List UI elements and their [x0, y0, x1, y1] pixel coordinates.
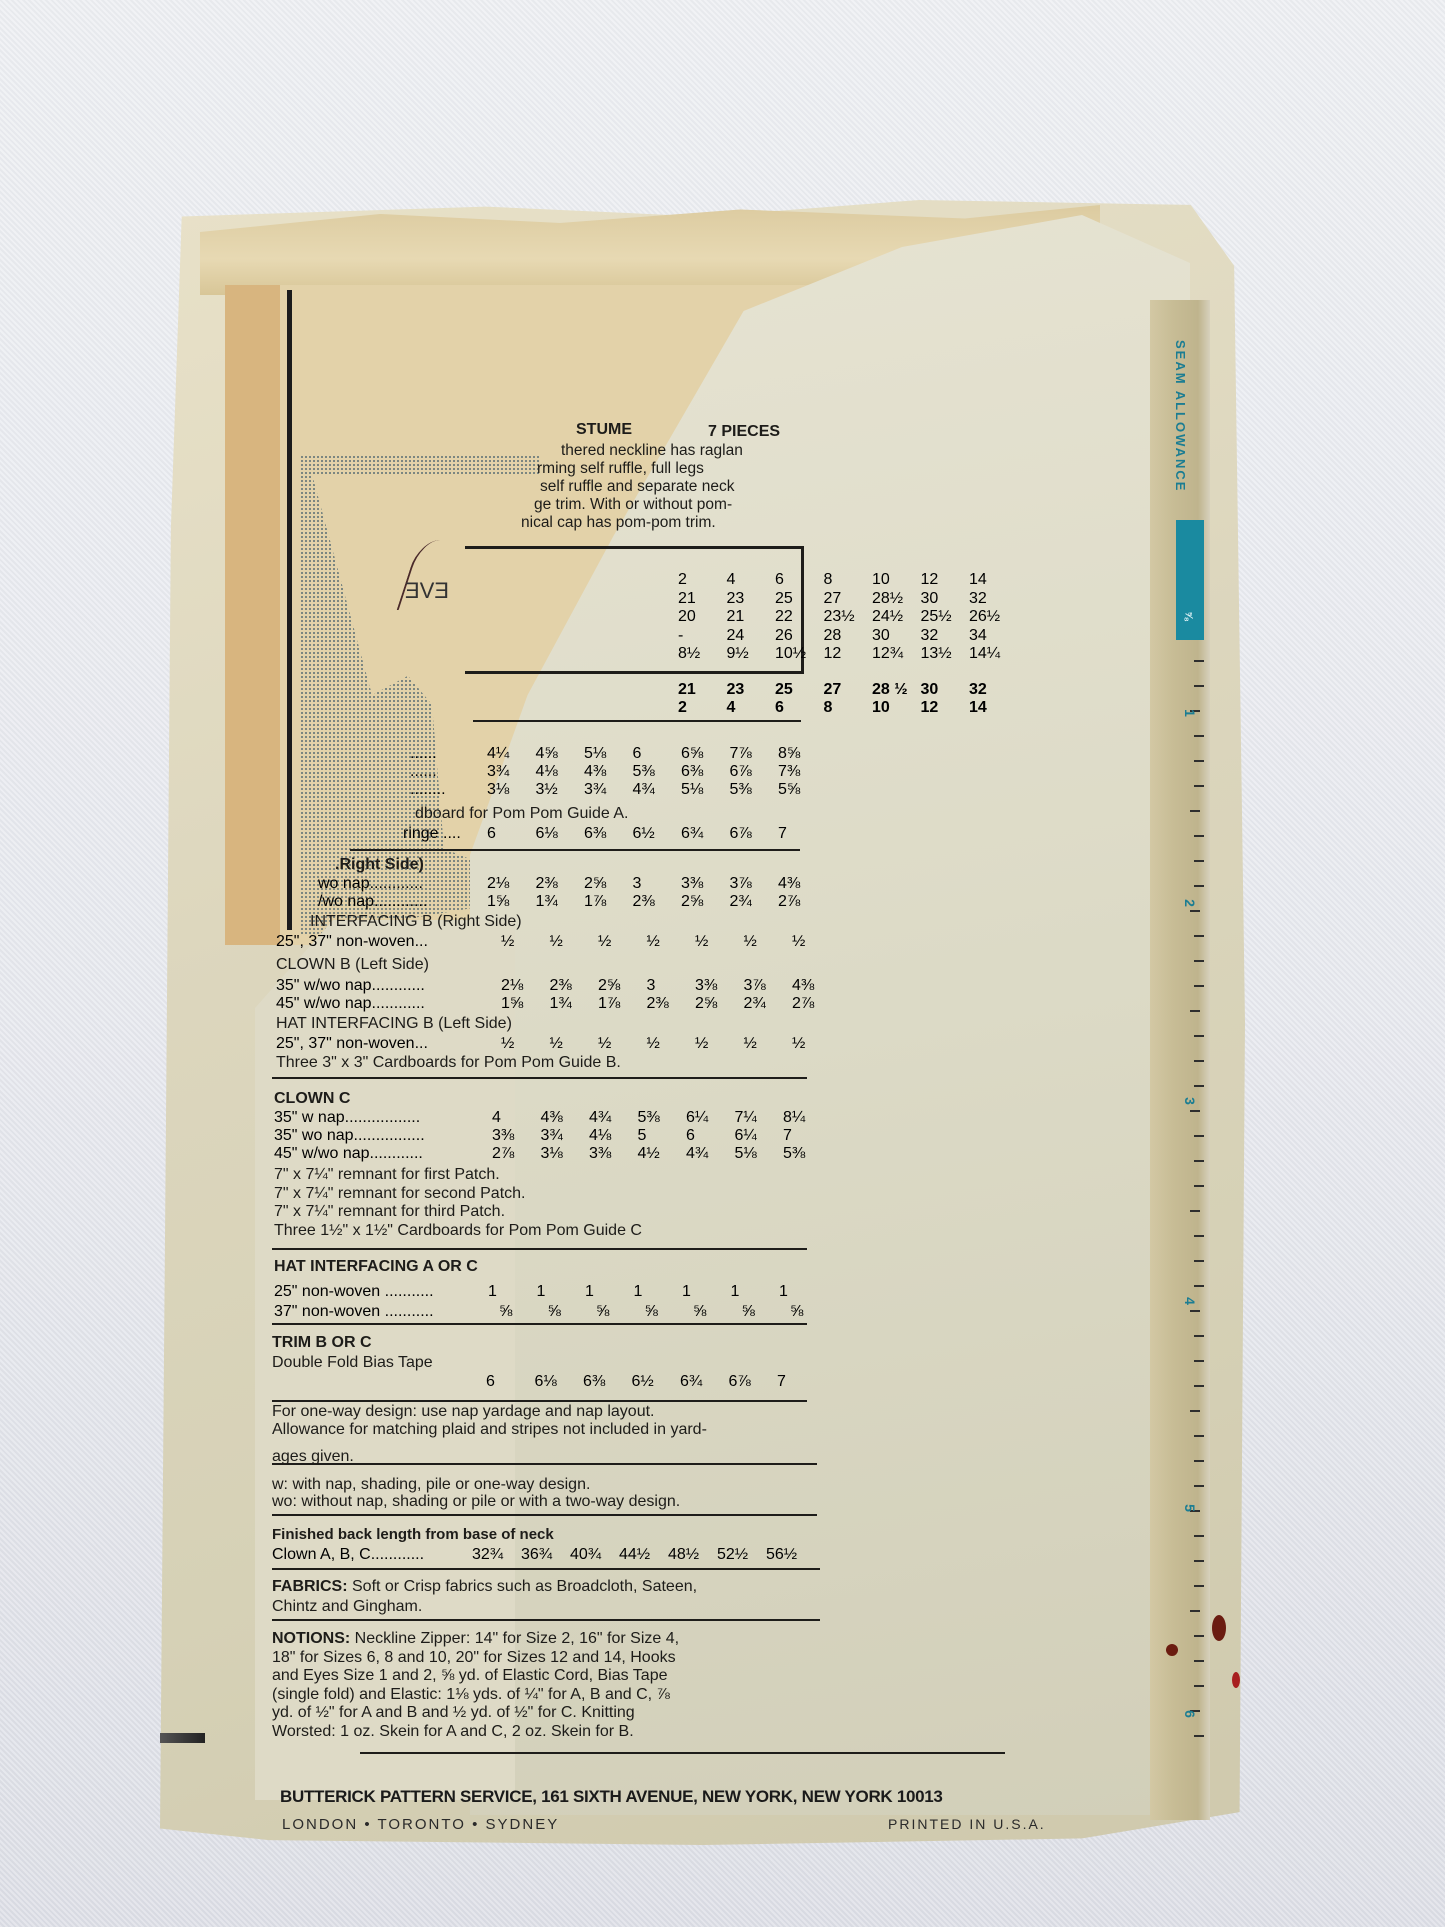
cell: 28 ½ — [872, 681, 921, 699]
table-row: wo nap............2⅛2⅜2⅝33⅜3⅞4⅜ — [318, 875, 827, 893]
cell: 36¾ — [521, 1546, 570, 1564]
notions-line: (single fold) and Elastic: 1⅛ yds. of ¼"… — [272, 1686, 670, 1704]
divider — [350, 849, 800, 851]
cell: 6⅜ — [583, 1373, 632, 1391]
row-values: 2123252728 ½3032 — [678, 681, 1018, 699]
divider — [272, 1463, 817, 1465]
table-row: 45" w/wo nap............2⅞3⅛3⅜4½4¾5⅛5⅜ — [274, 1145, 832, 1163]
notions-line: Worsted: 1 oz. Skein for A and C, 2 oz. … — [272, 1723, 634, 1741]
ruler-tick — [1190, 1010, 1200, 1012]
ruler-tick — [1194, 1335, 1204, 1337]
cell: 32 — [969, 590, 1018, 608]
definition-line: w: with nap, shading, pile or one-way de… — [272, 1476, 590, 1494]
cell: 4⅜ — [778, 875, 827, 893]
cell: 13½ — [921, 645, 970, 663]
cell: 24 — [727, 627, 776, 645]
cell: ⅝ — [548, 1303, 597, 1321]
divider — [272, 1514, 817, 1516]
cell: 12¾ — [872, 645, 921, 663]
ruler-tick — [1194, 1485, 1204, 1487]
cell: ½ — [501, 1035, 550, 1053]
cardboard-note: Three 3" x 3" Cardboards for Pom Pom Gui… — [276, 1054, 621, 1072]
ruler-tick — [1194, 685, 1204, 687]
cell: 25 — [775, 681, 824, 699]
cell: 10½ — [775, 645, 824, 663]
ruler-tick — [1190, 810, 1200, 812]
row-values: 1⅝1¾1⅞2⅜2⅝2¾2⅞ — [501, 995, 841, 1013]
ruler-tick — [1194, 1285, 1204, 1287]
cell: 4⅛ — [589, 1127, 638, 1145]
cell: 21 — [727, 608, 776, 626]
note-line: 7" x 7¼" remnant for third Patch. — [274, 1203, 505, 1221]
cell: 40¾ — [570, 1546, 619, 1564]
cell: 12 — [824, 645, 873, 663]
seam-allowance-label: SEAM ALLOWANCE — [1173, 340, 1188, 492]
cell: 4 — [492, 1109, 541, 1127]
cell: 3⅞ — [744, 977, 793, 995]
ruler-tick — [1190, 1210, 1200, 1212]
cell: 3¾ — [541, 1127, 590, 1145]
cell: 8 — [824, 699, 873, 717]
cell: ½ — [695, 1035, 744, 1053]
section-heading: INTERFACING B (Right Side) — [310, 913, 522, 931]
cell: 14 — [969, 571, 1018, 589]
cell: 1 — [537, 1283, 586, 1301]
row-values: 4¼4⅝5⅛66⅝7⅞8⅝ — [487, 745, 827, 763]
cell: 7 — [783, 1127, 832, 1145]
cell: ⅝ — [790, 1303, 839, 1321]
cell: 4¾ — [633, 781, 682, 799]
cell: 8 — [824, 571, 873, 589]
cell: 6⅜ — [584, 825, 633, 843]
ruler-tick — [1194, 885, 1204, 887]
cell: ⅝ — [596, 1303, 645, 1321]
cell: 5⅛ — [584, 745, 633, 763]
cell: 21 — [678, 681, 727, 699]
row-values: 2⅛2⅜2⅝33⅜3⅞4⅜ — [501, 977, 841, 995]
row-values: 2468101214 — [678, 571, 1018, 589]
ruler-tick — [1190, 1410, 1200, 1412]
cell: 48½ — [668, 1546, 717, 1564]
cell: 14 — [969, 699, 1018, 717]
cell: 3⅛ — [541, 1145, 590, 1163]
row-label: 35" wo nap................ — [274, 1127, 492, 1145]
row-label: 37" non-woven ........... — [274, 1303, 499, 1321]
cell: 6½ — [632, 1373, 681, 1391]
cell: ½ — [501, 933, 550, 951]
divider — [473, 720, 801, 722]
cell: 1 — [488, 1283, 537, 1301]
table-row: -242628303234 — [478, 627, 1018, 645]
cell: 7 — [777, 1373, 826, 1391]
ruler-tick — [1190, 1310, 1200, 1312]
divider — [272, 1077, 807, 1079]
row-values: 2123252728½3032 — [678, 590, 1018, 608]
cell: ⅝ — [645, 1303, 694, 1321]
stain — [1166, 1644, 1178, 1656]
row-label: 25" non-woven ........... — [274, 1283, 488, 1301]
table-row: 25" non-woven ...........1111111 — [274, 1283, 828, 1301]
cell: 1 — [585, 1283, 634, 1301]
cell: 7 — [778, 825, 827, 843]
row-values: 3⅛3½3¾4¾5⅛5⅜5⅝ — [487, 781, 827, 799]
cell: 2⅝ — [598, 977, 647, 995]
table-row: 66⅛6⅜6½6¾6⅞7 — [272, 1373, 826, 1391]
sheet-border-line — [287, 290, 292, 930]
cell: 44½ — [619, 1546, 668, 1564]
cell: 7⅞ — [730, 745, 779, 763]
cell: 30 — [921, 590, 970, 608]
ruler-number: 5 — [1182, 1504, 1198, 1512]
cell: 9½ — [727, 645, 776, 663]
row-label: 35" w nap................. — [274, 1109, 492, 1127]
cell: 4⅜ — [792, 977, 841, 995]
row-label: ...... — [410, 745, 487, 763]
row-values: 1⅝1¾1⅞2⅜2⅝2¾2⅞ — [487, 893, 827, 911]
cell: 21 — [678, 590, 727, 608]
cell: 5⅛ — [681, 781, 730, 799]
cardboard-note: dboard for Pom Pom Guide A. — [415, 805, 628, 823]
cell: 6 — [486, 1373, 535, 1391]
cell: 4 — [727, 571, 776, 589]
cell: 26½ — [969, 608, 1018, 626]
row-values: ⅝⅝⅝⅝⅝⅝⅝ — [499, 1303, 839, 1321]
row-values: 3¾4⅛4⅜5⅜6⅜6⅞7⅜ — [487, 763, 827, 781]
publisher-address: BUTTERICK PATTERN SERVICE, 161 SIXTH AVE… — [280, 1787, 943, 1807]
cell: ½ — [792, 933, 841, 951]
cell: 4⅛ — [536, 763, 585, 781]
note-line: Three 1½" x 1½" Cardboards for Pom Pom G… — [274, 1222, 642, 1240]
cell: 2 — [678, 699, 727, 717]
ruler-tick — [1190, 1610, 1200, 1612]
cell: 1⅞ — [598, 995, 647, 1013]
cell: ⅝ — [693, 1303, 742, 1321]
cell: 1 — [731, 1283, 780, 1301]
cell: 2 — [678, 571, 727, 589]
pattern-title: STUME — [576, 421, 632, 439]
table-row: 45" w/wo nap............1⅝1¾1⅞2⅜2⅝2¾2⅞ — [276, 995, 841, 1013]
ruler-number: 2 — [1182, 899, 1198, 907]
ruler-tick — [1194, 785, 1204, 787]
cell: 5⅜ — [730, 781, 779, 799]
ruler-number: 1 — [1182, 709, 1198, 717]
cell: 3¾ — [584, 781, 633, 799]
cell: 27 — [824, 681, 873, 699]
cell: ⅝ — [499, 1303, 548, 1321]
cell: 2⅜ — [647, 995, 696, 1013]
cell: 1⅝ — [487, 893, 536, 911]
staple — [160, 1733, 205, 1743]
description-line: self ruffle and separate neck — [540, 478, 734, 496]
cell: 23½ — [824, 608, 873, 626]
seam-fraction: ⅝ — [1183, 611, 1195, 620]
cell: 1⅝ — [501, 995, 550, 1013]
cell: 10 — [872, 699, 921, 717]
stain — [1232, 1672, 1240, 1688]
cell: 5⅜ — [633, 763, 682, 781]
cell: 12 — [921, 571, 970, 589]
cell: 1⅞ — [584, 893, 633, 911]
cell: 6⅛ — [536, 825, 585, 843]
ruler-number: 4 — [1182, 1297, 1198, 1305]
ruler-tick — [1194, 1535, 1204, 1537]
cell: 28 — [824, 627, 873, 645]
ruler-number: 6 — [1182, 1710, 1198, 1718]
cell: 2⅝ — [695, 995, 744, 1013]
cell: 2⅜ — [536, 875, 585, 893]
ruler-tick — [1194, 935, 1204, 937]
table-row: ringe ....66⅛6⅜6½6¾6⅞7 — [403, 825, 827, 843]
seam-allowance-marker — [1176, 520, 1204, 640]
note-line: Allowance for matching plaid and stripes… — [272, 1421, 707, 1439]
ruler-tick — [1194, 1135, 1204, 1137]
row-values: 2⅛2⅜2⅝33⅜3⅞4⅜ — [487, 875, 827, 893]
row-label: ringe .... — [403, 825, 487, 843]
cell: 6 — [686, 1127, 735, 1145]
ruler-tick — [1190, 910, 1200, 912]
row-values: 2⅞3⅛3⅜4½4¾5⅛5⅜ — [492, 1145, 832, 1163]
cell: 3⅜ — [695, 977, 744, 995]
row-label: Double Fold Bias Tape — [272, 1354, 433, 1372]
cell: 3 — [633, 875, 682, 893]
ruler-tick — [1194, 1360, 1204, 1362]
cell: 6 — [775, 571, 824, 589]
cell: 32 — [921, 627, 970, 645]
section-heading: TRIM B OR C — [272, 1334, 372, 1352]
cell: 6¼ — [735, 1127, 784, 1145]
cell: 2¾ — [744, 995, 793, 1013]
cell: 14¼ — [969, 645, 1018, 663]
cell: 6⅜ — [681, 763, 730, 781]
notions-line: and Eyes Size 1 and 2, ⅝ yd. of Elastic … — [272, 1667, 667, 1685]
ruler-tick — [1194, 735, 1204, 737]
sheet-edge-strip — [225, 285, 280, 945]
printed-in: PRINTED IN U.S.A. — [888, 1816, 1046, 1832]
description-line: rming self ruffle, full legs — [537, 460, 704, 478]
row-label: 25", 37" non-woven... — [276, 933, 501, 951]
cell: ⅝ — [742, 1303, 791, 1321]
cell: 7¼ — [735, 1109, 784, 1127]
fabrics-text: Soft or Crisp fabrics such as Broadcloth… — [352, 1578, 697, 1595]
cell: ½ — [792, 1035, 841, 1053]
cell: 2⅞ — [492, 1145, 541, 1163]
ruler-tick — [1194, 1635, 1204, 1637]
cell: 6⅞ — [729, 1373, 778, 1391]
cell: 6⅛ — [535, 1373, 584, 1391]
cell: 3⅜ — [492, 1127, 541, 1145]
notions-line: NOTIONS: Neckline Zipper: 14" for Size 2… — [272, 1630, 679, 1648]
ruler-tick — [1194, 1160, 1204, 1162]
cell: 6½ — [633, 825, 682, 843]
fabrics-label: FABRICS: — [272, 1578, 352, 1595]
cell: 5⅜ — [638, 1109, 687, 1127]
cell: 1 — [634, 1283, 683, 1301]
table-row: Clown A, B, C............32¾36¾40¾44½48½… — [272, 1546, 815, 1564]
cell: ½ — [598, 933, 647, 951]
cell: ½ — [647, 1035, 696, 1053]
cell: 24½ — [872, 608, 921, 626]
table-row: 25", 37" non-woven...½½½½½½½ — [276, 933, 841, 951]
ruler-tick — [1190, 1110, 1200, 1112]
cell: 30 — [872, 627, 921, 645]
table-row: /wo nap............1⅝1¾1⅞2⅜2⅝2¾2⅞ — [318, 893, 827, 911]
ruler-number: 3 — [1182, 1097, 1198, 1105]
cell: 20 — [678, 608, 727, 626]
cell: 3¾ — [487, 763, 536, 781]
cell: ½ — [647, 933, 696, 951]
table-row: ......3¾4⅛4⅜5⅜6⅜6⅞7⅜ — [410, 763, 827, 781]
ruler-tick — [1194, 1185, 1204, 1187]
row-label: Clown A, B, C............ — [272, 1546, 472, 1564]
cell: 1¾ — [550, 995, 599, 1013]
cell: 26 — [775, 627, 824, 645]
cell: 5⅝ — [778, 781, 827, 799]
section-heading: HAT INTERFACING B (Left Side) — [276, 1015, 512, 1033]
notions-text: Neckline Zipper: 14" for Size 2, 16" for… — [355, 1630, 679, 1647]
cell: 2⅝ — [584, 875, 633, 893]
cell: 23 — [727, 681, 776, 699]
notions-line: 18" for Sizes 6, 8 and 10, 20" for Sizes… — [272, 1649, 676, 1667]
cell: 1 — [682, 1283, 731, 1301]
row-values: -242628303234 — [678, 627, 1018, 645]
row-values: 66⅛6⅜6½6¾6⅞7 — [487, 825, 827, 843]
note-line: For one-way design: use nap yardage and … — [272, 1403, 654, 1421]
cell: 4¼ — [487, 745, 536, 763]
ruler-tick — [1194, 1235, 1204, 1237]
divider — [272, 1248, 807, 1250]
table-row: 35" wo nap................3⅜3¾4⅛566¼7 — [274, 1127, 832, 1145]
row-values: 3⅜3¾4⅛566¼7 — [492, 1127, 832, 1145]
note-line: 7" x 7¼" remnant for second Patch. — [274, 1185, 526, 1203]
cell: 6 — [775, 699, 824, 717]
cell: 6⅞ — [730, 763, 779, 781]
cell: 6 — [633, 745, 682, 763]
cell: 7⅜ — [778, 763, 827, 781]
ruler-tick — [1194, 1385, 1204, 1387]
cell: 27 — [824, 590, 873, 608]
row-values: 20212223½24½25½26½ — [678, 608, 1018, 626]
ruler-tick — [1194, 860, 1204, 862]
description-line: thered neckline has raglan — [561, 442, 743, 460]
cell: 6 — [487, 825, 536, 843]
row-values: 44⅜4¾5⅜6¼7¼8¼ — [492, 1109, 832, 1127]
table-row: 20212223½24½25½26½ — [478, 608, 1018, 626]
notions-line: yd. of ½" for A and B and ½ yd. of ½" fo… — [272, 1704, 635, 1722]
ruler-tick — [1194, 1085, 1204, 1087]
cell: ½ — [550, 1035, 599, 1053]
table-row: 25", 37" non-woven...½½½½½½½ — [276, 1035, 841, 1053]
mirrored-text: EVE — [405, 578, 449, 604]
row-label: ...... — [410, 763, 487, 781]
fabrics-line: FABRICS: Soft or Crisp fabrics such as B… — [272, 1578, 697, 1596]
cell: 4⅜ — [541, 1109, 590, 1127]
pieces-count: 7 PIECES — [708, 423, 780, 441]
cell: 23 — [727, 590, 776, 608]
table-row: 8½9½10½1212¾13½14¼ — [478, 645, 1018, 663]
cell: 6¼ — [686, 1109, 735, 1127]
row-label: /wo nap............ — [318, 893, 487, 911]
row-values: 66⅛6⅜6½6¾6⅞7 — [486, 1373, 826, 1391]
cell: 1 — [779, 1283, 828, 1301]
cell: 2⅝ — [681, 893, 730, 911]
row-values: ½½½½½½½ — [501, 1035, 841, 1053]
cell: 2⅜ — [633, 893, 682, 911]
divider — [360, 1752, 1005, 1754]
divider — [272, 1400, 807, 1402]
notions-label: NOTIONS: — [272, 1630, 355, 1647]
cell: ½ — [744, 933, 793, 951]
cell: 34 — [969, 627, 1018, 645]
cell: 6¾ — [680, 1373, 729, 1391]
table-row: 35" w/wo nap............2⅛2⅜2⅝33⅜3⅞4⅜ — [276, 977, 841, 995]
ruler-tick — [1194, 1435, 1204, 1437]
cell: 2⅞ — [778, 893, 827, 911]
cell: 4 — [727, 699, 776, 717]
row-values: ½½½½½½½ — [501, 933, 841, 951]
ruler-tick — [1194, 1660, 1204, 1662]
cell: 3⅜ — [681, 875, 730, 893]
row-values: 2468101214 — [678, 699, 1018, 717]
ruler-tick — [1194, 1460, 1204, 1462]
table-row: 2123252728½3032 — [478, 590, 1018, 608]
row-label: 25", 37" non-woven... — [276, 1035, 501, 1053]
ruler-tick — [1194, 1735, 1204, 1737]
row-label: 45" w/wo nap............ — [276, 995, 501, 1013]
cell: 6⅝ — [681, 745, 730, 763]
cell: ½ — [598, 1035, 647, 1053]
table-row: ......4¼4⅝5⅛66⅝7⅞8⅝ — [410, 745, 827, 763]
cell: 3½ — [536, 781, 585, 799]
ruler-tick — [1194, 1560, 1204, 1562]
cell: 4¾ — [589, 1109, 638, 1127]
cell: 8¼ — [783, 1109, 832, 1127]
ruler-tick — [1194, 1585, 1204, 1587]
cell: 4¾ — [686, 1145, 735, 1163]
table-row: ........3⅛3½3¾4¾5⅛5⅜5⅝ — [410, 781, 827, 799]
table-row: 2468101214 — [478, 699, 1018, 717]
fabrics-line: Chintz and Gingham. — [272, 1598, 422, 1616]
cell: 6⅞ — [730, 825, 779, 843]
cell: 12 — [921, 699, 970, 717]
divider — [272, 1323, 807, 1325]
cell: 52½ — [717, 1546, 766, 1564]
cell: 30 — [921, 681, 970, 699]
ruler-tick — [1194, 760, 1204, 762]
cell: 3⅜ — [589, 1145, 638, 1163]
cell: 8½ — [678, 645, 727, 663]
section-heading: .Right Side) — [335, 856, 424, 874]
cell: 3⅞ — [730, 875, 779, 893]
cell: 5 — [638, 1127, 687, 1145]
table-row: 35" w nap.................44⅜4¾5⅜6¼7¼8¼ — [274, 1109, 832, 1127]
description-line: ge trim. With or without pom- — [534, 496, 732, 514]
cell: 8⅝ — [778, 745, 827, 763]
cell: 2⅛ — [487, 875, 536, 893]
row-label: 35" w/wo nap............ — [276, 977, 501, 995]
cell: 5⅜ — [783, 1145, 832, 1163]
divider — [272, 1619, 820, 1621]
publisher-cities: LONDON • TORONTO • SYDNEY — [282, 1816, 559, 1833]
table-row: 2123252728 ½3032 — [478, 681, 1018, 699]
cell: 2⅞ — [792, 995, 841, 1013]
cell: 4½ — [638, 1145, 687, 1163]
cell: 10 — [872, 571, 921, 589]
cell: 32¾ — [472, 1546, 521, 1564]
cell: 56½ — [766, 1546, 815, 1564]
stain — [1212, 1615, 1226, 1641]
table-row: 2468101214 — [478, 571, 1018, 589]
row-values: 32¾36¾40¾44½48½52½56½ — [472, 1546, 815, 1564]
